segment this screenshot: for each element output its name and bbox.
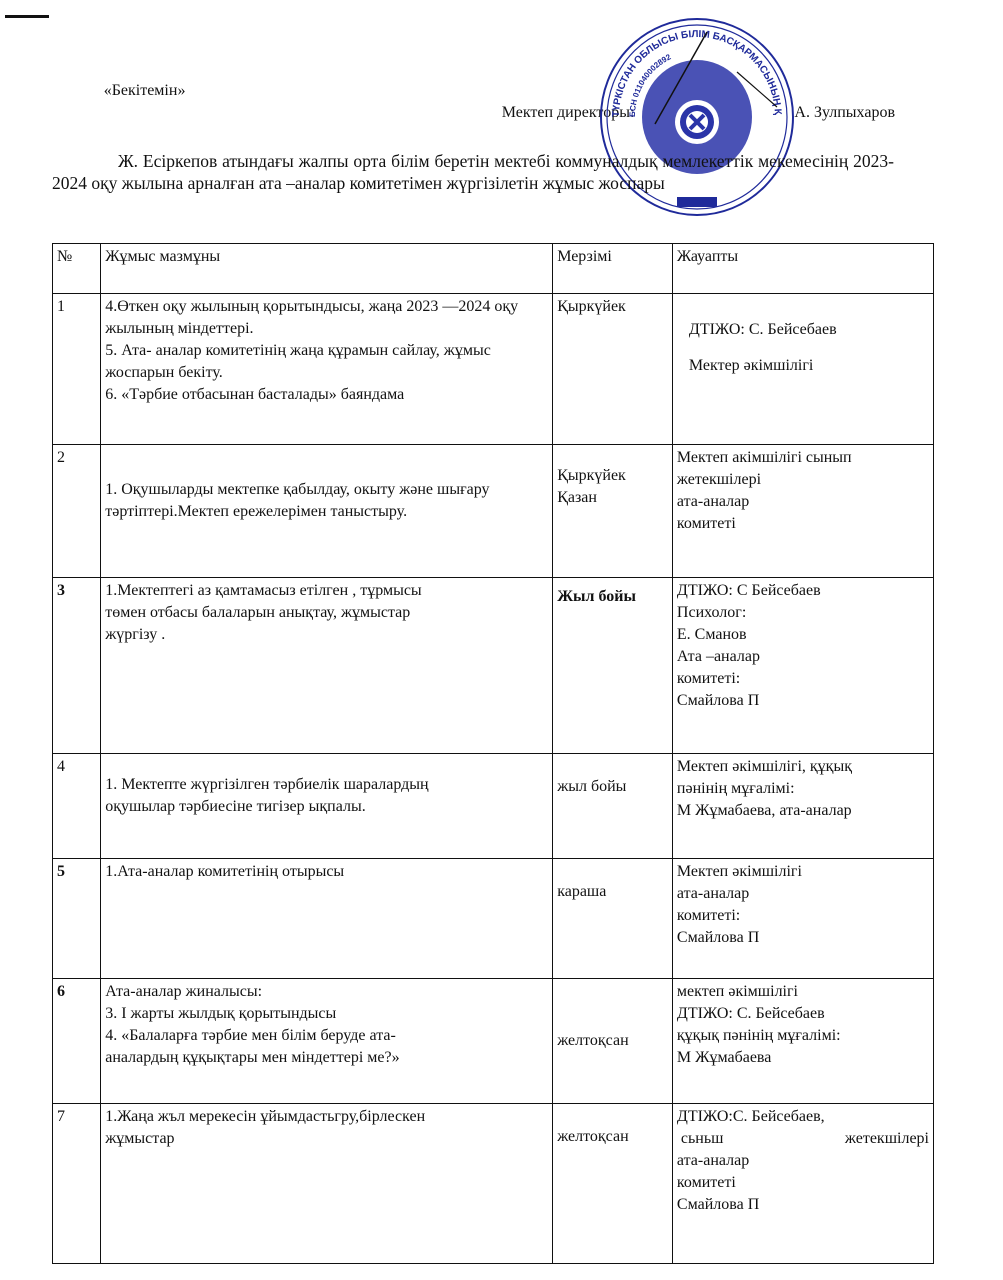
cell-line: ДТІЖО: С Бейсебаев [677, 580, 929, 602]
table-row: 31.Мектептегі аз қамтамасыз етілген , тұ… [53, 578, 934, 754]
approval-name: А. Зулпыхаров [794, 104, 895, 121]
cell-line: 1. Мектепте жүргізілген тәрбиелік шарала… [105, 774, 548, 796]
cell-line: аналардың құқықтары мен міндеттері ме?» [105, 1047, 548, 1069]
cell-line: Ата-аналар жиналысы: [105, 981, 548, 1003]
cell-line: 6. «Тәрбие отбасынан басталады» баяндама [105, 384, 548, 406]
row-responsible: Мектеп әкімшілігіата-аналаркомитеті:Смай… [672, 859, 933, 979]
row-responsible: ДТІЖО: С БейсебаевПсихолог:Е. Сманов Ата… [672, 578, 933, 754]
cell-line: желтоқсан [557, 1126, 668, 1148]
row-term: желтоқсан [553, 979, 673, 1104]
cell-line: 3. І жарты жылдық қорытындысы [105, 1003, 548, 1025]
cell-line: комитеті: [677, 905, 929, 927]
cell-line: Қыркүйек [557, 465, 668, 487]
row-number: 1 [53, 294, 101, 445]
row-responsible: Мектеп әкімшілігі, құқықпәнінің мұғалімі… [672, 754, 933, 859]
table-row: 71.Жаңа жъл мерекесін ұйымдастьгру,бірле… [53, 1104, 934, 1264]
row-number: 5 [53, 859, 101, 979]
row-number: 3 [53, 578, 101, 754]
cell-line: мектеп әкімшілігі [677, 981, 929, 1003]
cell-line: сьньшжетекшілері [677, 1128, 929, 1150]
cell-line: Е. Сманов [677, 624, 929, 646]
cell-line: М Жұмабаева, ата-аналар [677, 800, 929, 822]
cell-line: Ата –аналар [677, 646, 929, 668]
row-number: 7 [53, 1104, 101, 1264]
cell-line: Смайлова П [677, 927, 929, 949]
cell-line: төмен отбасы балаларын анықтау, жұмыстар [105, 602, 548, 624]
cell-line: Мектеп акімшілігі сынып [677, 447, 929, 469]
cell-line: пәнінің мұғалімі: [677, 778, 929, 800]
cell-line: желтоқсан [557, 1030, 668, 1052]
cell-line: 1. Оқушыларды мектепке қабылдау, окыту ж… [105, 479, 548, 523]
row-term: караша [553, 859, 673, 979]
cell-line: Қазан [557, 487, 668, 509]
row-responsible: ДТІЖО:С. Бейсебаев,сьньшжетекшілеріата-а… [672, 1104, 933, 1264]
row-content: 1. Оқушыларды мектепке қабылдау, окыту ж… [101, 445, 553, 578]
cell-word: жетекшілері [845, 1128, 929, 1150]
cell-line: 5. Ата- аналар комитетінің жаңа құрамын … [105, 340, 548, 384]
header-responsible: Жауапты [672, 244, 933, 294]
cell-line: жыл бойы [557, 776, 668, 798]
cell-line: ДТІЖО:С. Бейсебаев, [677, 1106, 929, 1128]
cell-line: ДТІЖО: С. Бейсебаев [677, 1003, 929, 1025]
row-content: 4.Өткен оқу жылының қорытындысы, жаңа 20… [101, 294, 553, 445]
cell-line: ДТІЖО: С. Бейсебаев [689, 312, 929, 348]
cell-line: ата-аналар [677, 883, 929, 905]
cell-line: 4. «Балаларға тәрбие мен білім беруде ат… [105, 1025, 548, 1047]
cell-line: Мектеп әкімшілігі [677, 861, 929, 883]
cell-line: жүргізу . [105, 624, 548, 646]
cell-line: караша [557, 881, 668, 903]
cell-line: 1.Жаңа жъл мерекесін ұйымдастьгру,бірлес… [105, 1106, 548, 1128]
cell-line: ата-аналар [677, 491, 929, 513]
approval-label: «Бекітемін» [104, 80, 186, 102]
row-responsible: ДТІЖО: С. БейсебаевМектер әкімшілігі [672, 294, 933, 445]
cell-line: Смайлова П [677, 690, 929, 712]
cell-line: жетекшілері [677, 469, 929, 491]
table-row: 51.Ата-аналар комитетінің отырысыкарашаМ… [53, 859, 934, 979]
row-number: 6 [53, 979, 101, 1104]
cell-word: сьньш [681, 1128, 724, 1150]
cell-line: 4.Өткен оқу жылының қорытындысы, жаңа 20… [105, 296, 548, 340]
cell-line: Смайлова П [677, 1194, 929, 1216]
row-term: жыл бойы [553, 754, 673, 859]
cell-line: 1.Мектептегі аз қамтамасыз етілген , тұр… [105, 580, 548, 602]
work-plan-table: № Жұмыс мазмұны Мерзімі Жауапты 14.Өткен… [52, 243, 934, 1264]
cell-line: комитеті [677, 1172, 929, 1194]
row-term: Жыл бойы [553, 578, 673, 754]
row-term: Қыркүйек [553, 294, 673, 445]
row-number: 4 [53, 754, 101, 859]
cell-line: Мектеп әкімшілігі, құқық [677, 756, 929, 778]
cell-line: жұмыстар [105, 1128, 548, 1150]
scan-mark [5, 15, 49, 18]
header-content: Жұмыс мазмұны [101, 244, 553, 294]
cell-line: құқық пәнінің мұғалімі: [677, 1025, 929, 1047]
row-responsible: Мектеп акімшілігі сыныпжетекшілеріата-ан… [672, 445, 933, 578]
table-row: 41. Мектепте жүргізілген тәрбиелік шарал… [53, 754, 934, 859]
header-term: Мерзімі [553, 244, 673, 294]
cell-line: комитеті: [677, 668, 929, 690]
cell-line: Қыркүйек [557, 296, 668, 318]
table-header-row: № Жұмыс мазмұны Мерзімі Жауапты [53, 244, 934, 294]
row-term: ҚыркүйекҚазан [553, 445, 673, 578]
row-responsible: мектеп әкімшілігіДТІЖО: С. Бейсебаев құқ… [672, 979, 933, 1104]
row-content: 1.Мектептегі аз қамтамасыз етілген , тұр… [101, 578, 553, 754]
table-row: 6Ата-аналар жиналысы:3. І жарты жылдық қ… [53, 979, 934, 1104]
cell-line: оқушылар тәрбиесіне тигізер ықпалы. [105, 796, 548, 818]
row-content: 1.Жаңа жъл мерекесін ұйымдастьгру,бірлес… [101, 1104, 553, 1264]
cell-line: 1.Ата-аналар комитетінің отырысы [105, 861, 548, 883]
cell-line: Жыл бойы [557, 586, 668, 608]
document-title: Ж. Есіркепов атындағы жалпы орта білім б… [52, 150, 894, 194]
header-number: № [53, 244, 101, 294]
cell-line: ата-аналар [677, 1150, 929, 1172]
row-term: желтоқсан [553, 1104, 673, 1264]
cell-line: М Жұмабаева [677, 1047, 929, 1069]
row-number: 2 [53, 445, 101, 578]
row-content: Ата-аналар жиналысы:3. І жарты жылдық қо… [101, 979, 553, 1104]
row-content: 1. Мектепте жүргізілген тәрбиелік шарала… [101, 754, 553, 859]
row-content: 1.Ата-аналар комитетінің отырысы [101, 859, 553, 979]
table-row: 21. Оқушыларды мектепке қабылдау, окыту … [53, 445, 934, 578]
cell-line: Психолог: [677, 602, 929, 624]
cell-line: комитеті [677, 513, 929, 535]
cell-line: Мектер әкімшілігі [689, 348, 929, 384]
table-row: 14.Өткен оқу жылының қорытындысы, жаңа 2… [53, 294, 934, 445]
